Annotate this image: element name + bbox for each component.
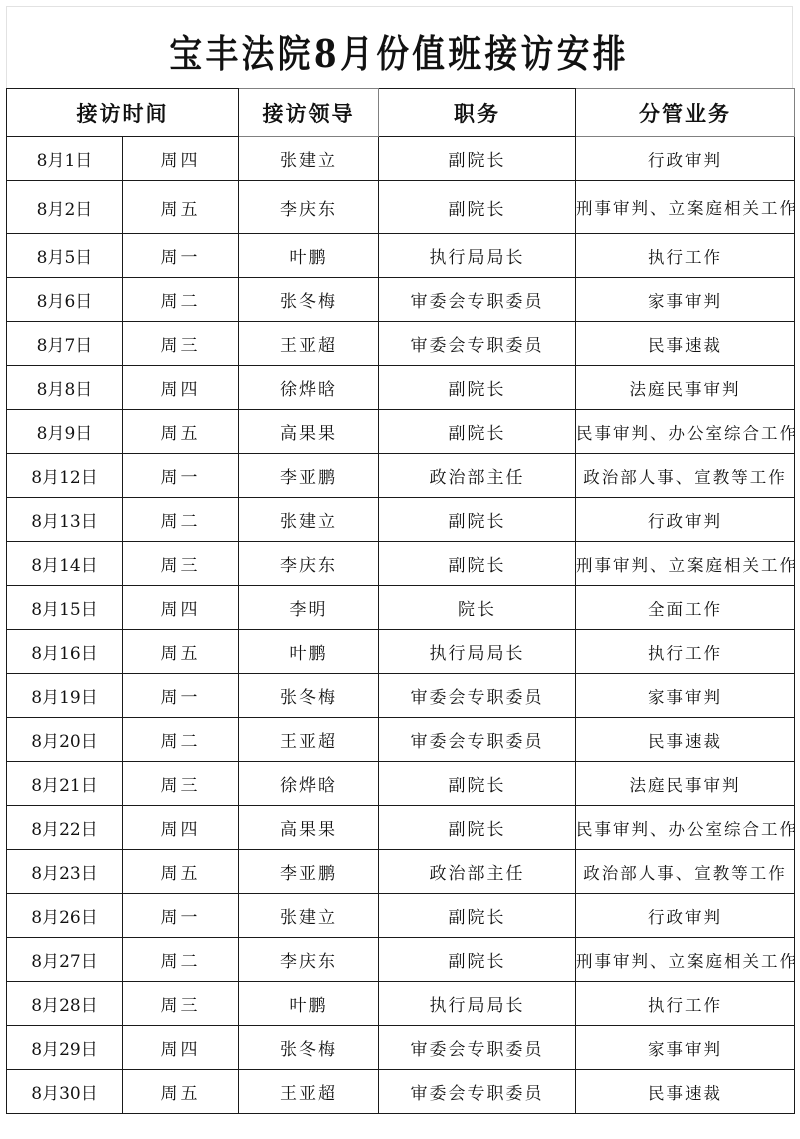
cell-position: 副院长 bbox=[379, 894, 576, 938]
cell-leader: 徐烨晗 bbox=[239, 366, 379, 410]
table-row: 8月1日周四张建立副院长行政审判 bbox=[7, 137, 795, 181]
title-box: 宝丰法院8月份值班接访安排 bbox=[6, 6, 793, 88]
cell-position: 副院长 bbox=[379, 762, 576, 806]
table-row: 8月23日周五李亚鹏政治部主任政治部人事、宣教等工作 bbox=[7, 850, 795, 894]
schedule-table: 接访时间 接访领导 职务 分管业务 8月1日周四张建立副院长行政审判8月2日周五… bbox=[6, 88, 795, 1114]
cell-position: 执行局局长 bbox=[379, 630, 576, 674]
cell-business: 行政审判 bbox=[576, 498, 795, 542]
cell-position: 副院长 bbox=[379, 181, 576, 234]
table-row: 8月22日周四高果果副院长民事审判、办公室综合工作 bbox=[7, 806, 795, 850]
cell-weekday: 周二 bbox=[123, 278, 239, 322]
table-row: 8月21日周三徐烨晗副院长法庭民事审判 bbox=[7, 762, 795, 806]
cell-leader: 李庆东 bbox=[239, 938, 379, 982]
cell-position: 审委会专职委员 bbox=[379, 1026, 576, 1070]
cell-leader: 李庆东 bbox=[239, 542, 379, 586]
cell-leader: 王亚超 bbox=[239, 322, 379, 366]
cell-weekday: 周五 bbox=[123, 630, 239, 674]
cell-business: 民事审判、办公室综合工作 bbox=[576, 806, 795, 850]
cell-position: 副院长 bbox=[379, 410, 576, 454]
cell-date: 8月14日 bbox=[7, 542, 123, 586]
cell-leader: 王亚超 bbox=[239, 1070, 379, 1114]
cell-date: 8月20日 bbox=[7, 718, 123, 762]
cell-position: 副院长 bbox=[379, 498, 576, 542]
table-row: 8月16日周五叶鹏执行局局长执行工作 bbox=[7, 630, 795, 674]
cell-business: 行政审判 bbox=[576, 137, 795, 181]
cell-business: 刑事审判、立案庭相关工作 bbox=[576, 542, 795, 586]
table-row: 8月9日周五高果果副院长民事审判、办公室综合工作 bbox=[7, 410, 795, 454]
cell-position: 审委会专职委员 bbox=[379, 674, 576, 718]
cell-date: 8月29日 bbox=[7, 1026, 123, 1070]
cell-position: 政治部主任 bbox=[379, 850, 576, 894]
cell-weekday: 周三 bbox=[123, 542, 239, 586]
cell-leader: 高果果 bbox=[239, 806, 379, 850]
table-row: 8月15日周四李明院长全面工作 bbox=[7, 586, 795, 630]
table-row: 8月26日周一张建立副院长行政审判 bbox=[7, 894, 795, 938]
cell-date: 8月22日 bbox=[7, 806, 123, 850]
cell-business: 法庭民事审判 bbox=[576, 762, 795, 806]
cell-business: 民事审判、办公室综合工作 bbox=[576, 410, 795, 454]
cell-position: 执行局局长 bbox=[379, 982, 576, 1026]
cell-business: 家事审判 bbox=[576, 1026, 795, 1070]
cell-date: 8月28日 bbox=[7, 982, 123, 1026]
cell-business: 民事速裁 bbox=[576, 718, 795, 762]
table-row: 8月12日周一李亚鹏政治部主任政治部人事、宣教等工作 bbox=[7, 454, 795, 498]
cell-weekday: 周四 bbox=[123, 1026, 239, 1070]
cell-date: 8月19日 bbox=[7, 674, 123, 718]
cell-date: 8月23日 bbox=[7, 850, 123, 894]
cell-business: 行政审判 bbox=[576, 894, 795, 938]
cell-business: 法庭民事审判 bbox=[576, 366, 795, 410]
cell-date: 8月12日 bbox=[7, 454, 123, 498]
cell-business: 民事速裁 bbox=[576, 1070, 795, 1114]
cell-business: 刑事审判、立案庭相关工作 bbox=[576, 181, 795, 234]
table-row: 8月8日周四徐烨晗副院长法庭民事审判 bbox=[7, 366, 795, 410]
cell-position: 副院长 bbox=[379, 938, 576, 982]
cell-position: 副院长 bbox=[379, 366, 576, 410]
cell-position: 执行局局长 bbox=[379, 234, 576, 278]
cell-weekday: 周五 bbox=[123, 1070, 239, 1114]
cell-leader: 张冬梅 bbox=[239, 278, 379, 322]
table-row: 8月2日周五李庆东副院长刑事审判、立案庭相关工作 bbox=[7, 181, 795, 234]
cell-leader: 叶鹏 bbox=[239, 234, 379, 278]
cell-position: 院长 bbox=[379, 586, 576, 630]
cell-date: 8月5日 bbox=[7, 234, 123, 278]
cell-business: 全面工作 bbox=[576, 586, 795, 630]
cell-business: 政治部人事、宣教等工作 bbox=[576, 454, 795, 498]
table-row: 8月6日周二张冬梅审委会专职委员家事审判 bbox=[7, 278, 795, 322]
cell-date: 8月1日 bbox=[7, 137, 123, 181]
cell-leader: 张建立 bbox=[239, 498, 379, 542]
cell-leader: 张冬梅 bbox=[239, 674, 379, 718]
cell-date: 8月8日 bbox=[7, 366, 123, 410]
table-body: 8月1日周四张建立副院长行政审判8月2日周五李庆东副院长刑事审判、立案庭相关工作… bbox=[7, 137, 795, 1114]
cell-weekday: 周四 bbox=[123, 137, 239, 181]
cell-weekday: 周一 bbox=[123, 234, 239, 278]
cell-date: 8月6日 bbox=[7, 278, 123, 322]
cell-weekday: 周四 bbox=[123, 366, 239, 410]
cell-leader: 叶鹏 bbox=[239, 982, 379, 1026]
cell-weekday: 周一 bbox=[123, 894, 239, 938]
table-row: 8月5日周一叶鹏执行局局长执行工作 bbox=[7, 234, 795, 278]
table-row: 8月13日周二张建立副院长行政审判 bbox=[7, 498, 795, 542]
cell-weekday: 周一 bbox=[123, 454, 239, 498]
cell-business: 执行工作 bbox=[576, 234, 795, 278]
header-leader: 接访领导 bbox=[239, 89, 379, 137]
cell-weekday: 周四 bbox=[123, 806, 239, 850]
cell-date: 8月21日 bbox=[7, 762, 123, 806]
cell-leader: 李庆东 bbox=[239, 181, 379, 234]
cell-business: 政治部人事、宣教等工作 bbox=[576, 850, 795, 894]
table-row: 8月30日周五王亚超审委会专职委员民事速裁 bbox=[7, 1070, 795, 1114]
cell-leader: 张建立 bbox=[239, 894, 379, 938]
cell-business: 民事速裁 bbox=[576, 322, 795, 366]
table-row: 8月14日周三李庆东副院长刑事审判、立案庭相关工作 bbox=[7, 542, 795, 586]
cell-weekday: 周二 bbox=[123, 938, 239, 982]
table-row: 8月7日周三王亚超审委会专职委员民事速裁 bbox=[7, 322, 795, 366]
cell-leader: 张建立 bbox=[239, 137, 379, 181]
cell-date: 8月16日 bbox=[7, 630, 123, 674]
table-row: 8月19日周一张冬梅审委会专职委员家事审判 bbox=[7, 674, 795, 718]
cell-leader: 李明 bbox=[239, 586, 379, 630]
cell-weekday: 周四 bbox=[123, 586, 239, 630]
cell-weekday: 周三 bbox=[123, 762, 239, 806]
cell-weekday: 周一 bbox=[123, 674, 239, 718]
cell-leader: 徐烨晗 bbox=[239, 762, 379, 806]
cell-leader: 张冬梅 bbox=[239, 1026, 379, 1070]
cell-date: 8月27日 bbox=[7, 938, 123, 982]
cell-date: 8月2日 bbox=[7, 181, 123, 234]
cell-date: 8月30日 bbox=[7, 1070, 123, 1114]
cell-business: 家事审判 bbox=[576, 674, 795, 718]
header-business: 分管业务 bbox=[576, 89, 795, 137]
table-row: 8月20日周二王亚超审委会专职委员民事速裁 bbox=[7, 718, 795, 762]
cell-business: 家事审判 bbox=[576, 278, 795, 322]
cell-business: 执行工作 bbox=[576, 982, 795, 1026]
cell-leader: 李亚鹏 bbox=[239, 850, 379, 894]
cell-weekday: 周五 bbox=[123, 850, 239, 894]
cell-date: 8月15日 bbox=[7, 586, 123, 630]
cell-date: 8月7日 bbox=[7, 322, 123, 366]
cell-leader: 高果果 bbox=[239, 410, 379, 454]
cell-leader: 叶鹏 bbox=[239, 630, 379, 674]
cell-date: 8月13日 bbox=[7, 498, 123, 542]
cell-date: 8月26日 bbox=[7, 894, 123, 938]
cell-leader: 王亚超 bbox=[239, 718, 379, 762]
table-header-row: 接访时间 接访领导 职务 分管业务 bbox=[7, 89, 795, 137]
table-row: 8月29日周四张冬梅审委会专职委员家事审判 bbox=[7, 1026, 795, 1070]
cell-position: 副院长 bbox=[379, 542, 576, 586]
cell-position: 审委会专职委员 bbox=[379, 322, 576, 366]
cell-business: 刑事审判、立案庭相关工作 bbox=[576, 938, 795, 982]
cell-weekday: 周五 bbox=[123, 181, 239, 234]
cell-leader: 李亚鹏 bbox=[239, 454, 379, 498]
cell-weekday: 周二 bbox=[123, 718, 239, 762]
cell-position: 审委会专职委员 bbox=[379, 1070, 576, 1114]
cell-weekday: 周三 bbox=[123, 982, 239, 1026]
cell-position: 政治部主任 bbox=[379, 454, 576, 498]
table-row: 8月28日周三叶鹏执行局局长执行工作 bbox=[7, 982, 795, 1026]
page-title: 宝丰法院8月份值班接访安排 bbox=[170, 23, 630, 78]
cell-weekday: 周五 bbox=[123, 410, 239, 454]
cell-weekday: 周三 bbox=[123, 322, 239, 366]
cell-position: 副院长 bbox=[379, 806, 576, 850]
cell-position: 审委会专职委员 bbox=[379, 278, 576, 322]
header-position: 职务 bbox=[379, 89, 576, 137]
table-row: 8月27日周二李庆东副院长刑事审判、立案庭相关工作 bbox=[7, 938, 795, 982]
cell-position: 审委会专职委员 bbox=[379, 718, 576, 762]
cell-position: 副院长 bbox=[379, 137, 576, 181]
cell-weekday: 周二 bbox=[123, 498, 239, 542]
header-time: 接访时间 bbox=[7, 89, 239, 137]
cell-business: 执行工作 bbox=[576, 630, 795, 674]
cell-date: 8月9日 bbox=[7, 410, 123, 454]
